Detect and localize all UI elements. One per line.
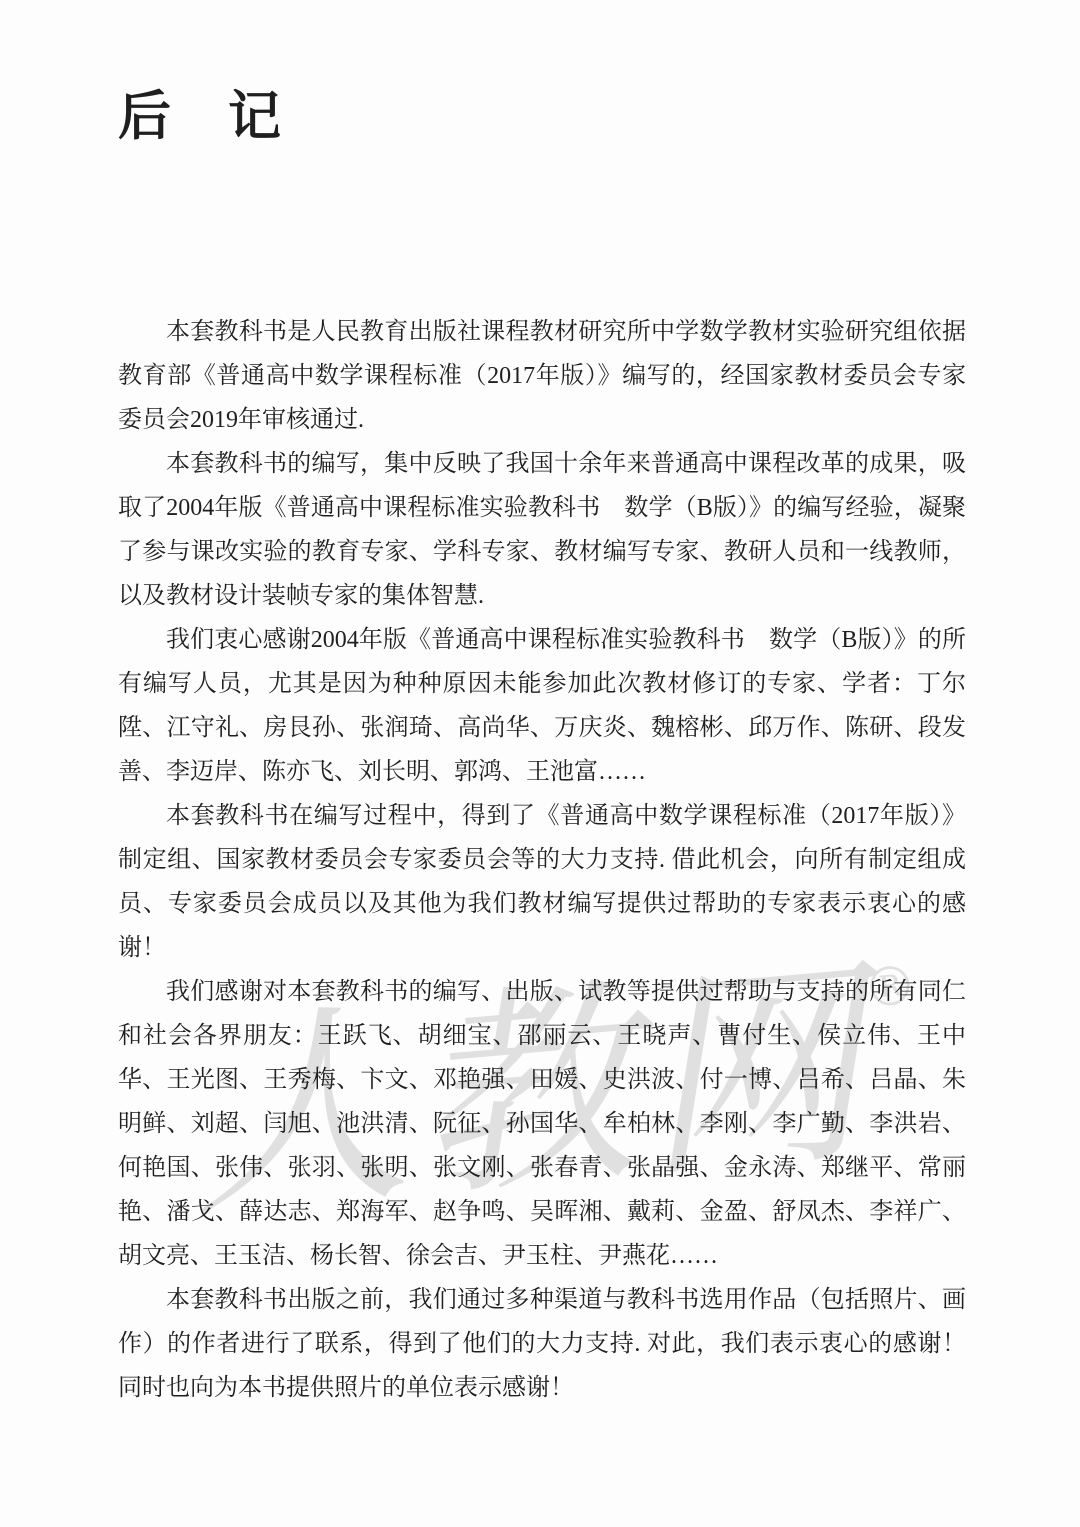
page-title: 后 记 <box>118 86 283 150</box>
paragraph-compilation-background: 本套教科书的编写，集中反映了我国十余年来普通高中课程改革的成果，吸取了2004年… <box>118 442 966 618</box>
paragraph-thanks-artwork-authors: 本套教科书出版之前，我们通过多种渠道与教科书选用作品（包括照片、画作）的作者进行… <box>118 1278 966 1410</box>
paragraph-standard-basis: 本套教科书是人民教育出版社课程教材研究所中学数学教材实验研究组依据教育部《普通高… <box>118 310 966 442</box>
paragraph-thanks-former-editors: 我们衷心感谢2004年版《普通高中课程标准实验教科书 数学（B版）》的所有编写人… <box>118 618 966 794</box>
paragraph-thanks-committees: 本套教科书在编写过程中，得到了《普通高中数学课程标准（2017年版）》制定组、国… <box>118 794 966 970</box>
afterword-body: 本套教科书是人民教育出版社课程教材研究所中学数学教材实验研究组依据教育部《普通高… <box>118 310 966 1410</box>
book-page: 人教网® 后 记 本套教科书是人民教育出版社课程教材研究所中学数学教材实验研究组… <box>0 0 1080 1527</box>
paragraph-thanks-colleagues: 我们感谢对本套教科书的编写、出版、试教等提供过帮助与支持的所有同仁和社会各界朋友… <box>118 970 966 1278</box>
